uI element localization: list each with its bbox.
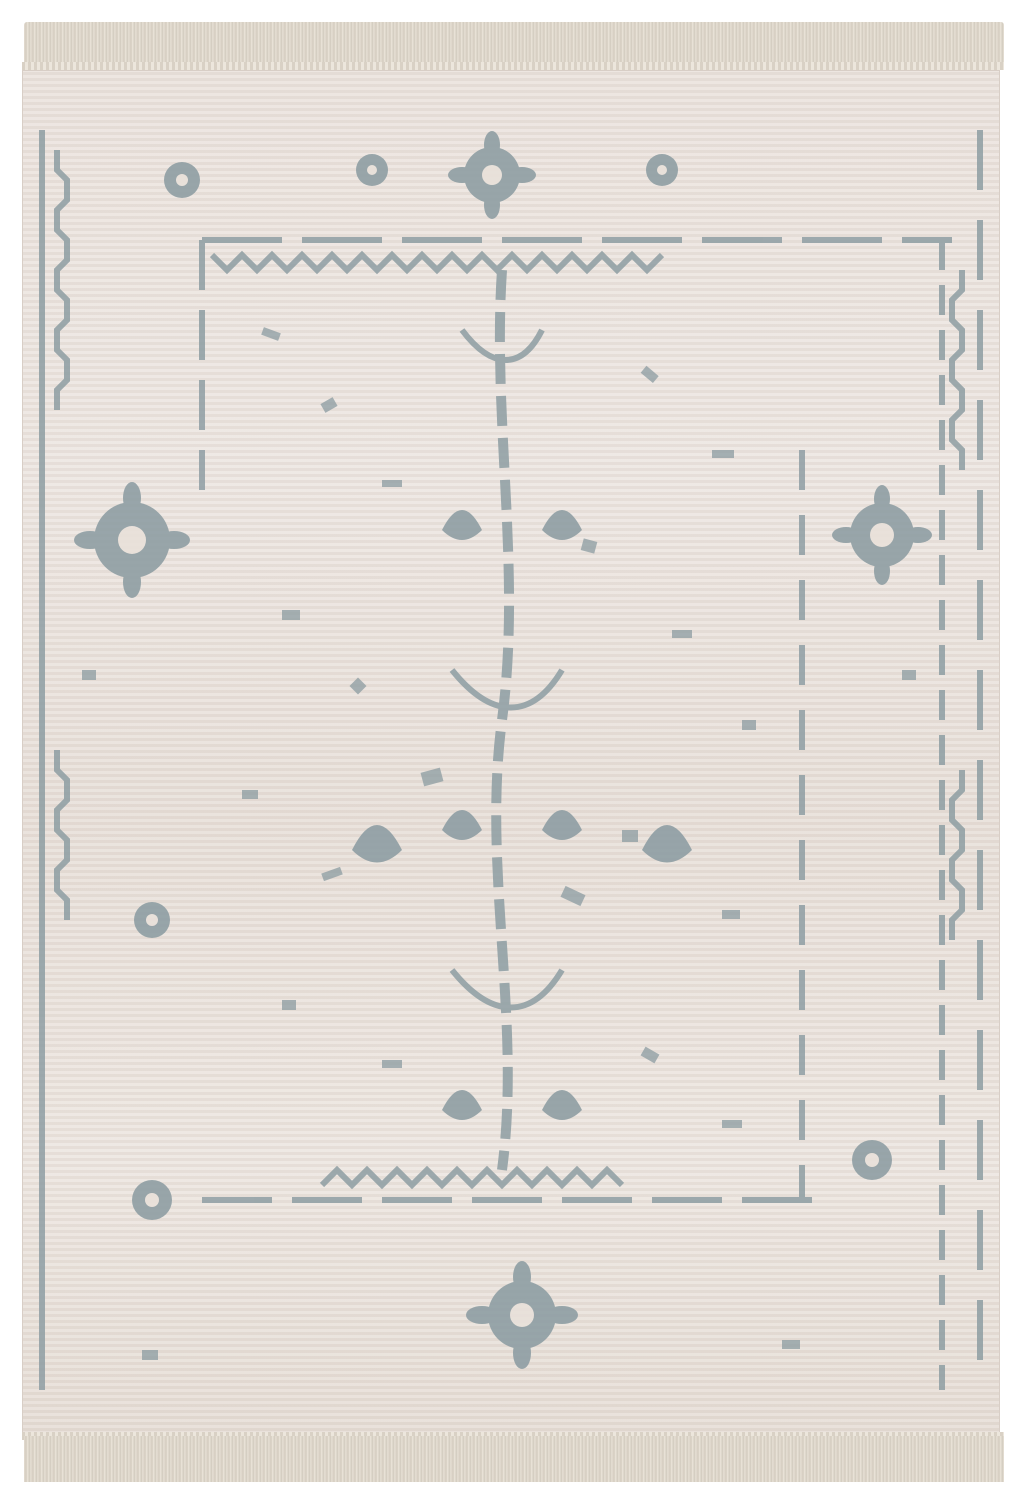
top-rosette [448,131,536,219]
bottom-rosette [466,1261,578,1369]
rug-photo [0,0,1024,1506]
left-rosette [74,482,190,598]
top-fringe-knots [22,62,1004,70]
right-rosette [832,485,932,585]
rug-body [22,70,1000,1434]
rug-pattern [22,70,1000,1434]
bottom-fringe [24,1436,1004,1482]
